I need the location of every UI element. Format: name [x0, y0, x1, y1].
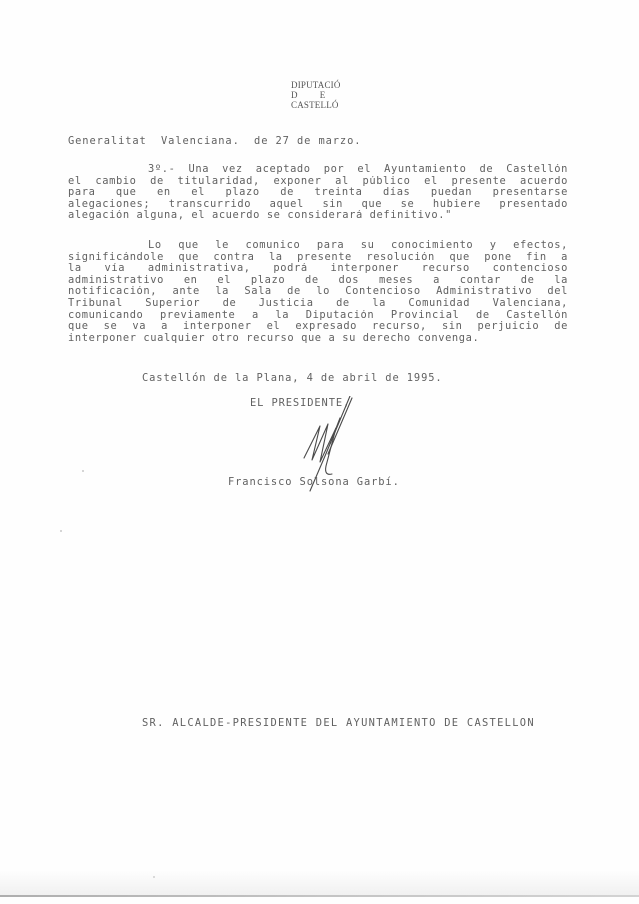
scan-bottom-edge: [0, 895, 639, 897]
letterhead-line-3: CASTELLÓ: [291, 100, 341, 110]
notice-line: notificación, ante la Sala de lo Contenc…: [68, 286, 568, 298]
notice-line: administrativo en el plazo de dos meses …: [68, 275, 568, 287]
paragraph-3-line: el cambio de titularidad, exponer al púb…: [68, 176, 568, 188]
notice-line: interponer cualquier otro recurso que a …: [68, 333, 568, 345]
paragraph-notice: Lo que le comunico para su conocimiento …: [68, 240, 568, 344]
scanned-letter-page: DIPUTACIÓ D E CASTELLÓ Generalitat Valen…: [0, 0, 639, 904]
notice-line: la vía administrativa, podrá interponer …: [68, 263, 568, 275]
place-date: Castellón de la Plana, 4 de abril de 199…: [142, 372, 443, 384]
letterhead: DIPUTACIÓ D E CASTELLÓ: [291, 80, 341, 110]
notice-line: Tribunal Superior de Justicia de la Comu…: [68, 298, 568, 310]
scan-bottom-shadow: [0, 870, 639, 895]
notice-line: que se va a interponer el expresado recu…: [68, 321, 568, 333]
paragraph-3-line: para que en el plazo de treinta días pue…: [68, 187, 568, 199]
scan-speck: [82, 470, 84, 472]
addressee: SR. ALCALDE-PRESIDENTE DEL AYUNTAMIENTO …: [142, 717, 535, 729]
paragraph-3-line: 3º.- Una vez aceptado por el Ayuntamient…: [68, 164, 568, 176]
paragraph-3-line: alegación alguna, el acuerdo se consider…: [68, 210, 568, 222]
letterhead-line-1: DIPUTACIÓ: [291, 80, 341, 90]
scan-speck: [60, 530, 62, 532]
paragraph-3-line: alegaciones; transcurrido aquel sin que …: [68, 199, 568, 211]
notice-line: comunicando previamente a la Diputación …: [68, 310, 568, 322]
letterhead-line-2: D E: [291, 90, 341, 100]
notice-line: Lo que le comunico para su conocimiento …: [68, 240, 568, 252]
paragraph-3: 3º.- Una vez aceptado por el Ayuntamient…: [68, 164, 568, 222]
notice-line: significándole que contra la presente re…: [68, 252, 568, 264]
opening-line: Generalitat Valenciana. de 27 de marzo.: [68, 135, 361, 147]
signatory-name: Francisco Solsona Garbí.: [228, 476, 400, 488]
